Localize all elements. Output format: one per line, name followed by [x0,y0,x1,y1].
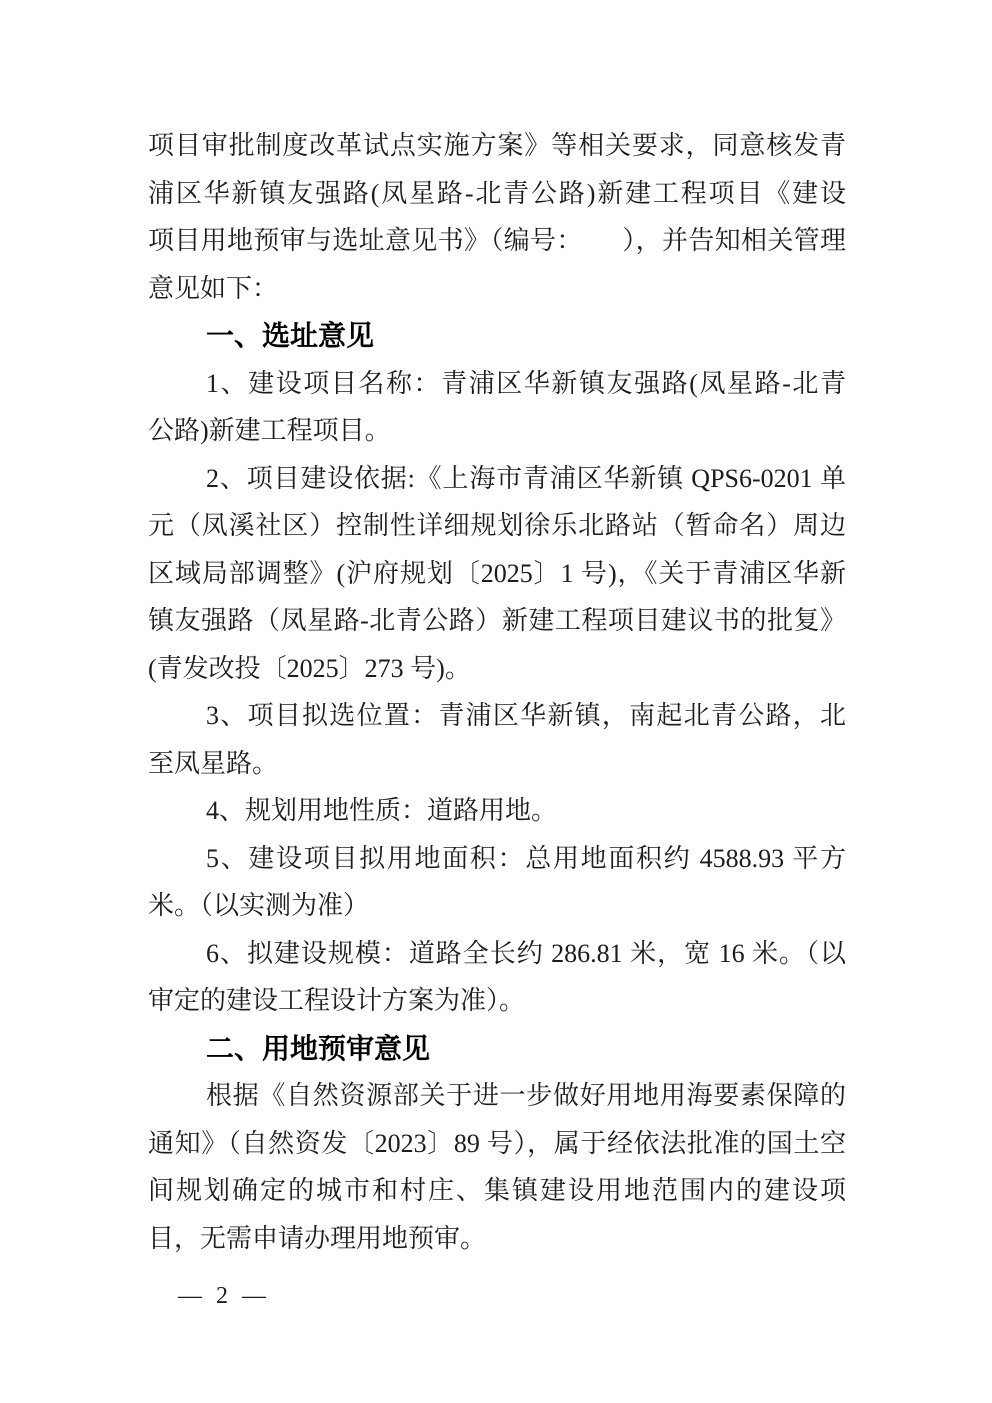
text-line: 6、拟建设规模：道路全长约 286.81 米，宽 16 米。（以 [148,930,846,978]
text-line: 米。（以实测为准） [148,882,846,930]
text-line: 镇友强路（凤星路-北青公路）新建工程项目建议书的批复》 [148,597,846,645]
text-line: 项目用地预审与选址意见书》（编号： ），并告知相关管理 [148,217,846,265]
text-line: 项目审批制度改革试点实施方案》等相关要求，同意核发青 [148,122,846,170]
text-line: 5、建设项目拟用地面积：总用地面积约 4588.93 平方 [148,835,846,883]
text-line: 2、项目建设依据:《上海市青浦区华新镇 QPS6-0201 单 [148,455,846,503]
section-heading-land-preview: 二、用地预审意见 [148,1025,846,1073]
text-line: (青发改投〔2025〕273 号)。 [148,645,846,693]
text-line: 浦区华新镇友强路(凤星路-北青公路)新建工程项目《建设 [148,170,846,218]
text-line: 意见如下： [148,265,846,313]
text-line: 4、规划用地性质：道路用地。 [148,787,846,835]
document-body: 项目审批制度改革试点实施方案》等相关要求，同意核发青 浦区华新镇友强路(凤星路-… [148,122,846,1262]
text-line: 目，无需申请办理用地预审。 [148,1215,846,1263]
text-line: 1、建设项目名称：青浦区华新镇友强路(凤星路-北青 [148,360,846,408]
document-page: { "page": { "background_color": "#ffffff… [0,0,992,1403]
section-heading-site-selection: 一、选址意见 [148,312,846,360]
page-number: — 2 — [178,1283,270,1310]
text-line: 元（凤溪社区）控制性详细规划徐乐北路站（暂命名）周边 [148,502,846,550]
text-line: 间规划确定的城市和村庄、集镇建设用地范围内的建设项 [148,1167,846,1215]
text-line: 公路)新建工程项目。 [148,407,846,455]
text-line: 审定的建设工程设计方案为准）。 [148,977,846,1025]
text-line: 3、项目拟选位置：青浦区华新镇，南起北青公路，北 [148,692,846,740]
text-line: 根据《自然资源部关于进一步做好用地用海要素保障的 [148,1072,846,1120]
text-line: 区域局部调整》(沪府规划〔2025〕1 号)，《关于青浦区华新 [148,550,846,598]
text-line: 至凤星路。 [148,740,846,788]
text-line: 通知》（自然资发〔2023〕89 号），属于经依法批准的国土空 [148,1120,846,1168]
